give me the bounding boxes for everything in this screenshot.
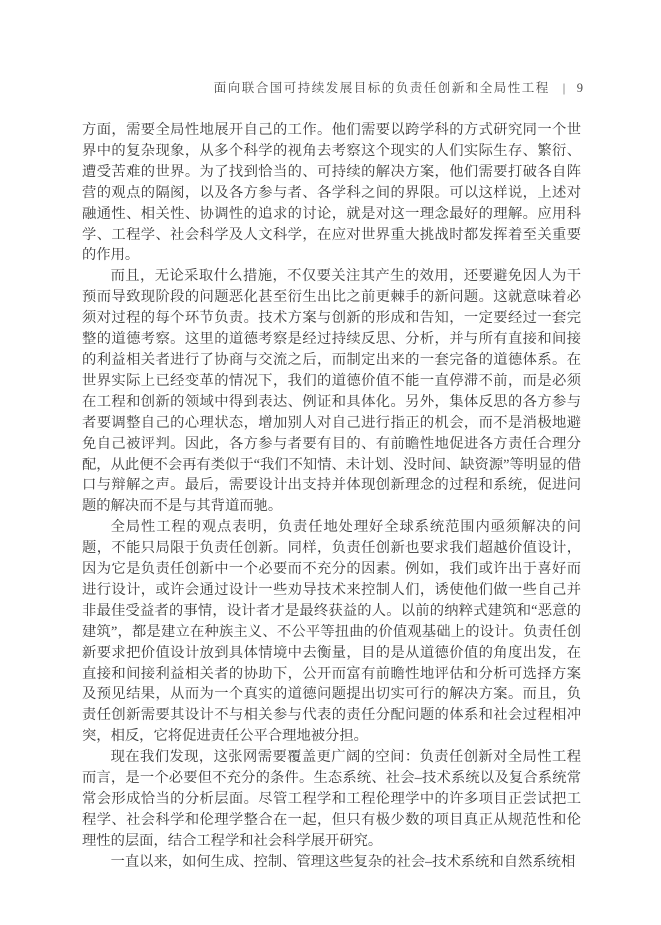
body-paragraph: 全局性工程的观点表明，负责任地处理好全球系统范围内亟须解决的问题，不能只局限于负… (82, 517, 581, 747)
body-paragraph: 现在我们发现，这张网需要覆盖更广阔的空间：负责任创新对全局性工程而言，是一个必要… (82, 747, 581, 852)
header-separator: | (563, 80, 567, 96)
body-paragraph: 而且，无论采取什么措施，不仅要关注其产生的效用，还要避免因人为干预而导致现阶段的… (82, 266, 581, 517)
body-paragraph: 一直以来，如何生成、控制、管理这些复杂的社会–技术系统和自然系统相 (82, 852, 581, 873)
running-title: 面向联合国可持续发展目标的负责任创新和全局性工程 (214, 81, 550, 95)
page-header: 面向联合国可持续发展目标的负责任创新和全局性工程|9 (82, 80, 583, 96)
page-number: 9 (577, 81, 583, 95)
body-text: 方面，需要全局性地展开自己的工作。他们需要以跨学科的方式研究同一个世界中的复杂现… (82, 120, 581, 873)
book-page: 面向联合国可持续发展目标的负责任创新和全局性工程|9 方面，需要全局性地展开自己… (0, 0, 661, 925)
body-paragraph: 方面，需要全局性地展开自己的工作。他们需要以跨学科的方式研究同一个世界中的复杂现… (82, 120, 581, 266)
